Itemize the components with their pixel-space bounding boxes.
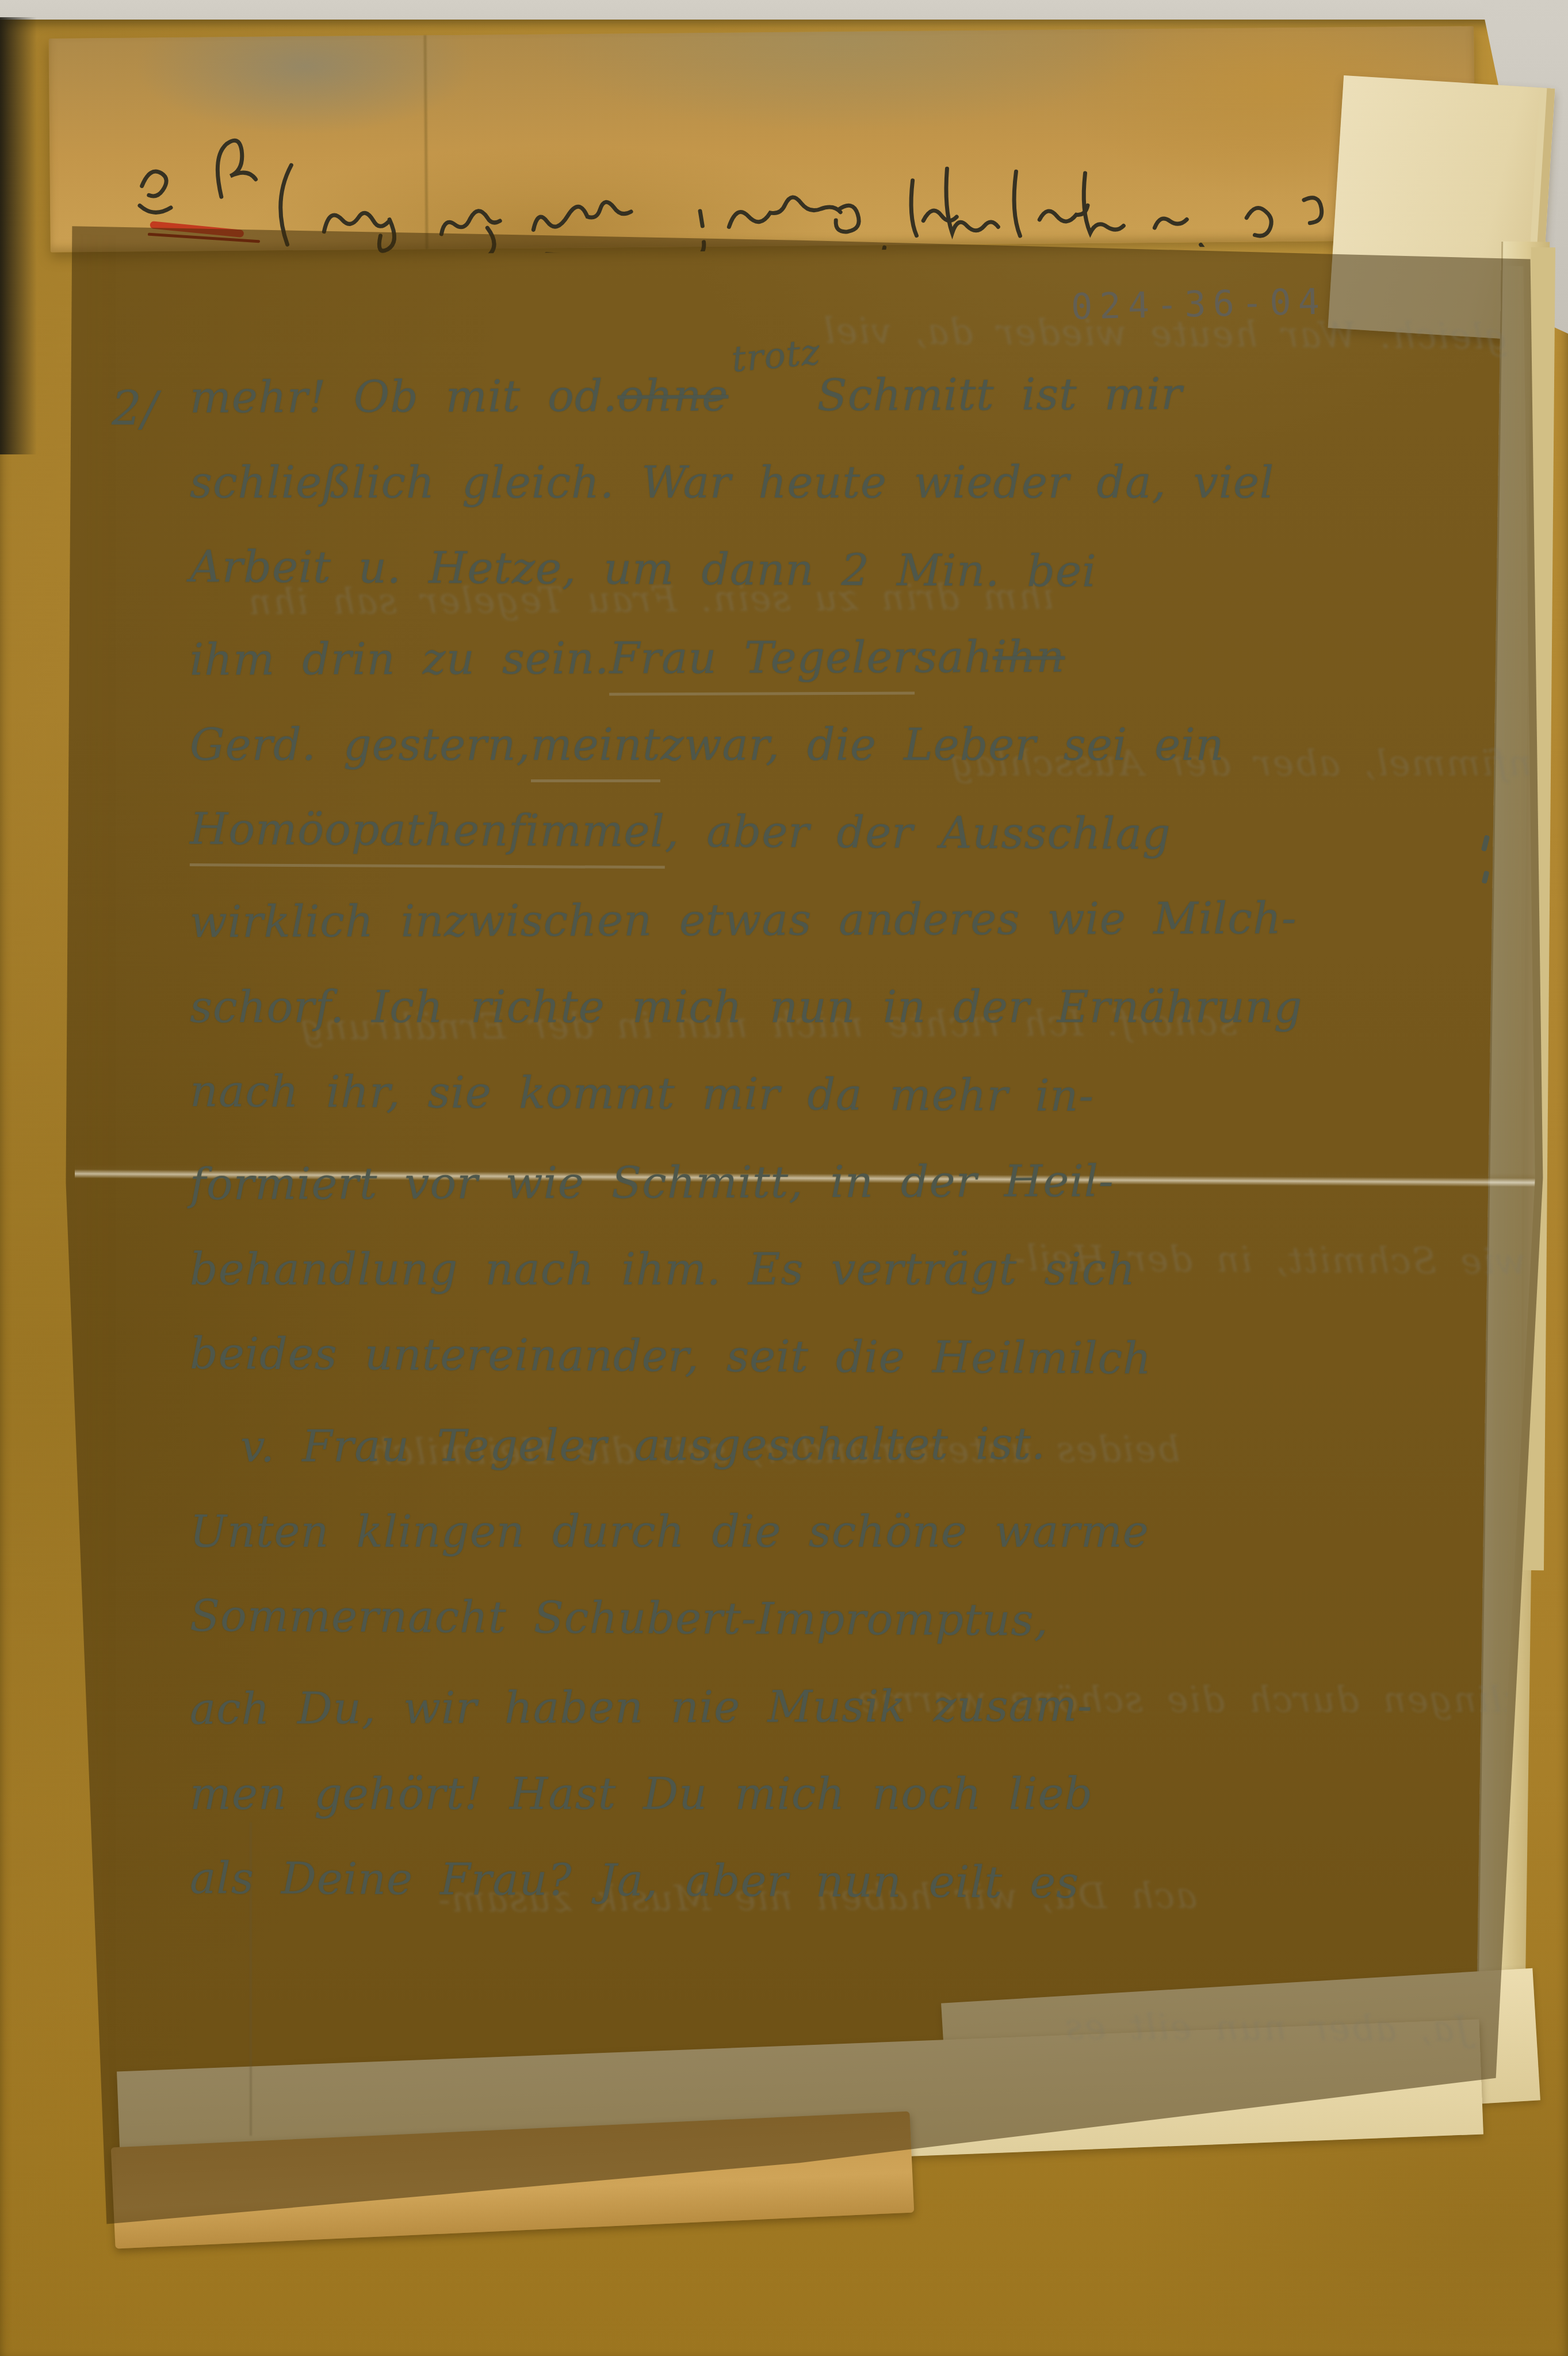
pencil-underlined-text: Homöopathenfimmel	[190, 803, 665, 869]
letter-line: men gehört! Hast Du mich noch lieb	[190, 1768, 1501, 1856]
letter-line: mehr! Ob mit od. ohnetrotz Schmitt ist m…	[190, 367, 1502, 459]
handwritten-text: schließlich gleich. War heute wieder da,…	[190, 457, 1274, 508]
letter-line: Unten klingen durch die schöne warme	[190, 1506, 1501, 1593]
struck-word: ohne	[618, 370, 729, 422]
letter-line: schorf. Ich richte mich nun in der Ernäh…	[190, 981, 1501, 1069]
archive-reference-number: 024-36-04	[1070, 280, 1326, 327]
pencil-underlined-text: Frau Tegeler	[609, 632, 915, 696]
handwritten-text: zwar, die Leber sei ein	[660, 719, 1224, 770]
shorthand-sheet	[48, 26, 1475, 253]
letter-line: Arbeit u. Hetze, um dann 2 Min. bei	[190, 541, 1502, 635]
letter-line: ihm drin zu sein. Frau Tegeler sah ihn	[190, 629, 1502, 721]
handwritten-text: wirklich inzwischen etwas anderes wie Mi…	[190, 892, 1297, 947]
handwritten-text: Sommernacht Schubert-Impromptus,	[190, 1590, 1049, 1646]
struck-word: ihn	[993, 631, 1065, 682]
letter-line: Gerd. gestern, meint zwar, die Leber sei…	[190, 719, 1501, 806]
handwritten-text: sah	[915, 631, 993, 682]
letter-lines: mehr! Ob mit od. ohnetrotz Schmitt ist m…	[190, 369, 1501, 1943]
archive-photo: 024-36-04 2/ mehr! Ob mit od. ohnetrotz …	[0, 0, 1568, 2356]
handwritten-text: men gehört! Hast Du mich noch lieb	[190, 1768, 1093, 1819]
page-number: 2/	[112, 382, 158, 437]
letter-line: als Deine Frau? Ja, aber nun eilt es	[190, 1852, 1502, 1946]
handwritten-text: Arbeit u. Hetze, um dann 2 Min. bei	[190, 541, 1097, 596]
letter-line: v. Frau Tegeler ausgeschaltet ist.	[240, 1416, 1502, 1508]
letter-line: wirklich inzwischen etwas anderes wie Mi…	[190, 892, 1502, 984]
ink-marks-page-edge	[1481, 835, 1492, 898]
handwritten-text: , aber der Ausschlag	[665, 805, 1171, 859]
handwritten-text: Gerd. gestern,	[190, 719, 531, 770]
letter-line: beides untereinander, seit die Heilmilch	[190, 1328, 1502, 1422]
folder-left-shadow	[0, 17, 37, 454]
letter-line: behandlung nach ihm. Es verträgt sich	[190, 1244, 1501, 1331]
handwritten-text: mehr! Ob mit od.	[190, 370, 618, 423]
letter-line: Sommernacht Schubert-Impromptus,	[190, 1590, 1502, 1684]
handwritten-text: schorf. Ich richte mich nun in der Ernäh…	[190, 981, 1302, 1032]
handwritten-text: Schmitt ist mir	[817, 368, 1183, 420]
handwritten-text: ach Du, wir haben nie Musik zusam-	[190, 1680, 1093, 1734]
letter-page: 024-36-04 2/ mehr! Ob mit od. ohnetrotz …	[0, 0, 1568, 2356]
handwritten-text: behandlung nach ihm. Es verträgt sich	[190, 1244, 1135, 1295]
handwritten-text: formiert vor wie Schmitt, in der Heil-	[190, 1155, 1114, 1210]
handwritten-text: beides untereinander, seit die Heilmilch	[190, 1328, 1152, 1384]
handwritten-text: ihm drin zu sein.	[190, 632, 610, 685]
letter-line: formiert vor wie Schmitt, in der Heil-	[190, 1154, 1502, 1246]
handwritten-text: als Deine Frau? Ja, aber nun eilt es	[190, 1852, 1080, 1908]
inserted-word: trotz	[730, 331, 822, 381]
letter-line: schließlich gleich. War heute wieder da,…	[190, 457, 1501, 544]
handwritten-text: Unten klingen durch die schöne warme	[190, 1506, 1149, 1557]
handwritten-text: nach ihr, sie kommt mir da mehr in-	[190, 1065, 1094, 1121]
letter-line: ach Du, wir haben nie Musik zusam-	[190, 1678, 1502, 1770]
letter-line: Homöopathenfimmel, aber der Ausschlag	[190, 803, 1502, 897]
letter-line: nach ihr, sie kommt mir da mehr in-	[190, 1065, 1502, 1160]
pencil-underlined-text: meint	[531, 719, 661, 782]
handwritten-text: v. Frau Tegeler ausgeschaltet ist.	[240, 1418, 1046, 1472]
